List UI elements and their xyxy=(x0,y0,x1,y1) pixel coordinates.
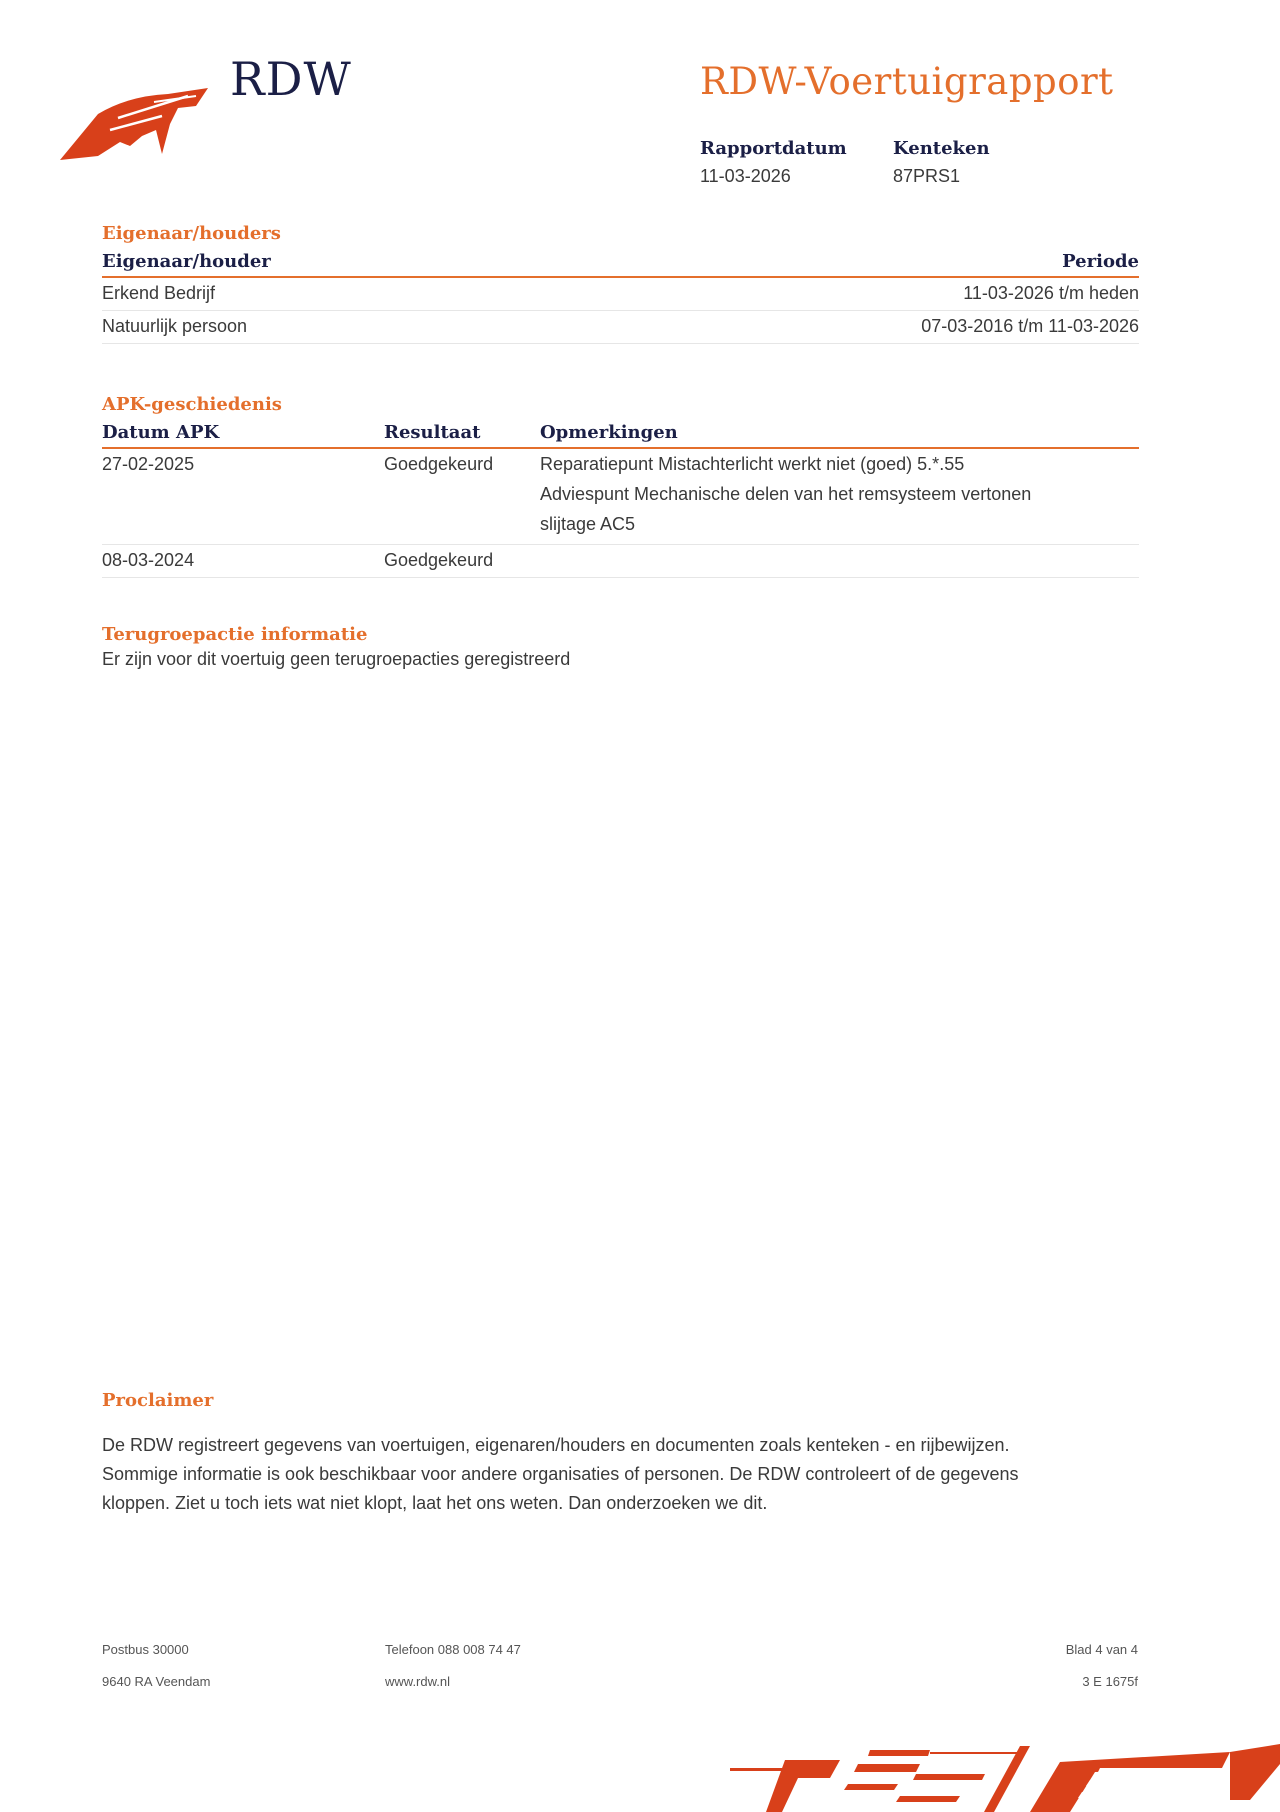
footer-address: Postbus 30000 9640 RA Veendam xyxy=(102,1642,210,1706)
period-cell: 11-03-2026 t/m heden xyxy=(555,277,1139,311)
table-row: 08-03-2024 Goedgekeurd xyxy=(102,545,1139,578)
owner-cell: Natuurlijk persoon xyxy=(102,311,555,344)
rdw-footer-stripes-icon xyxy=(730,1740,1280,1812)
footer-phone: Telefoon 088 008 74 47 xyxy=(385,1642,521,1674)
owners-section-title: Eigenaar/houders xyxy=(102,223,1139,244)
owners-section: Eigenaar/houders Eigenaar/houder Periode… xyxy=(102,223,1139,344)
remark-line: slijtage AC5 xyxy=(540,509,1139,539)
apk-col-remarks: Opmerkingen xyxy=(540,419,1139,448)
report-date-block: Rapportdatum 11-03-2026 xyxy=(700,138,847,187)
table-row: Natuurlijk persoon 07-03-2016 t/m 11-03-… xyxy=(102,311,1139,344)
period-cell: 07-03-2016 t/m 11-03-2026 xyxy=(555,311,1139,344)
apk-section: APK-geschiedenis Datum APK Resultaat Opm… xyxy=(102,394,1139,578)
disclaimer-title: Proclaimer xyxy=(102,1390,1139,1411)
footer-address-line1: Postbus 30000 xyxy=(102,1642,210,1674)
rdw-logo-icon xyxy=(58,84,210,162)
apk-section-title: APK-geschiedenis xyxy=(102,394,1139,415)
plate-label: Kenteken xyxy=(893,138,990,159)
disclaimer-line: De RDW registreert gegevens van voertuig… xyxy=(102,1431,1139,1460)
footer-page-info: Blad 4 van 4 3 E 1675f xyxy=(1066,1642,1138,1706)
footer-code: 3 E 1675f xyxy=(1066,1674,1138,1706)
footer-page-number: Blad 4 van 4 xyxy=(1066,1642,1138,1674)
plate-block: Kenteken 87PRS1 xyxy=(893,138,990,187)
apk-col-result: Resultaat xyxy=(384,419,540,448)
report-date-label: Rapportdatum xyxy=(700,138,847,159)
footer-address-line2: 9640 RA Veendam xyxy=(102,1674,210,1706)
recall-text: Er zijn voor dit voertuig geen terugroep… xyxy=(102,649,1139,670)
owners-table: Eigenaar/houder Periode Erkend Bedrijf 1… xyxy=(102,248,1139,344)
disclaimer-section: Proclaimer De RDW registreert gegevens v… xyxy=(102,1390,1139,1518)
recall-section-title: Terugroepactie informatie xyxy=(102,624,1139,645)
apk-remarks-cell: Reparatiepunt Mistachterlicht werkt niet… xyxy=(540,448,1139,545)
apk-result-cell: Goedgekeurd xyxy=(384,545,540,578)
remark-line: Reparatiepunt Mistachterlicht werkt niet… xyxy=(540,449,1139,479)
disclaimer-text: De RDW registreert gegevens van voertuig… xyxy=(102,1431,1139,1518)
apk-col-date: Datum APK xyxy=(102,419,384,448)
owners-col-period: Periode xyxy=(555,248,1139,277)
table-row: Erkend Bedrijf 11-03-2026 t/m heden xyxy=(102,277,1139,311)
owner-cell: Erkend Bedrijf xyxy=(102,277,555,311)
rdw-logo-text: RDW xyxy=(230,52,352,106)
disclaimer-line: Sommige informatie is ook beschikbaar vo… xyxy=(102,1460,1139,1489)
table-row: 27-02-2025 Goedgekeurd Reparatiepunt Mis… xyxy=(102,448,1139,545)
apk-remarks-cell xyxy=(540,545,1139,578)
apk-date-cell: 08-03-2024 xyxy=(102,545,384,578)
remark-line: Adviespunt Mechanische delen van het rem… xyxy=(540,479,1139,509)
plate-value: 87PRS1 xyxy=(893,166,990,187)
recall-section: Terugroepactie informatie Er zijn voor d… xyxy=(102,624,1139,670)
report-date-value: 11-03-2026 xyxy=(700,166,847,187)
apk-table: Datum APK Resultaat Opmerkingen 27-02-20… xyxy=(102,419,1139,578)
report-title: RDW-Voertuigrapport xyxy=(700,60,1114,103)
footer-website[interactable]: www.rdw.nl xyxy=(385,1674,521,1706)
apk-result-cell: Goedgekeurd xyxy=(384,448,540,545)
footer-contact: Telefoon 088 008 74 47 www.rdw.nl xyxy=(385,1642,521,1706)
owners-col-owner: Eigenaar/houder xyxy=(102,248,555,277)
disclaimer-line: kloppen. Ziet u toch iets wat niet klopt… xyxy=(102,1489,1139,1518)
apk-date-cell: 27-02-2025 xyxy=(102,448,384,545)
